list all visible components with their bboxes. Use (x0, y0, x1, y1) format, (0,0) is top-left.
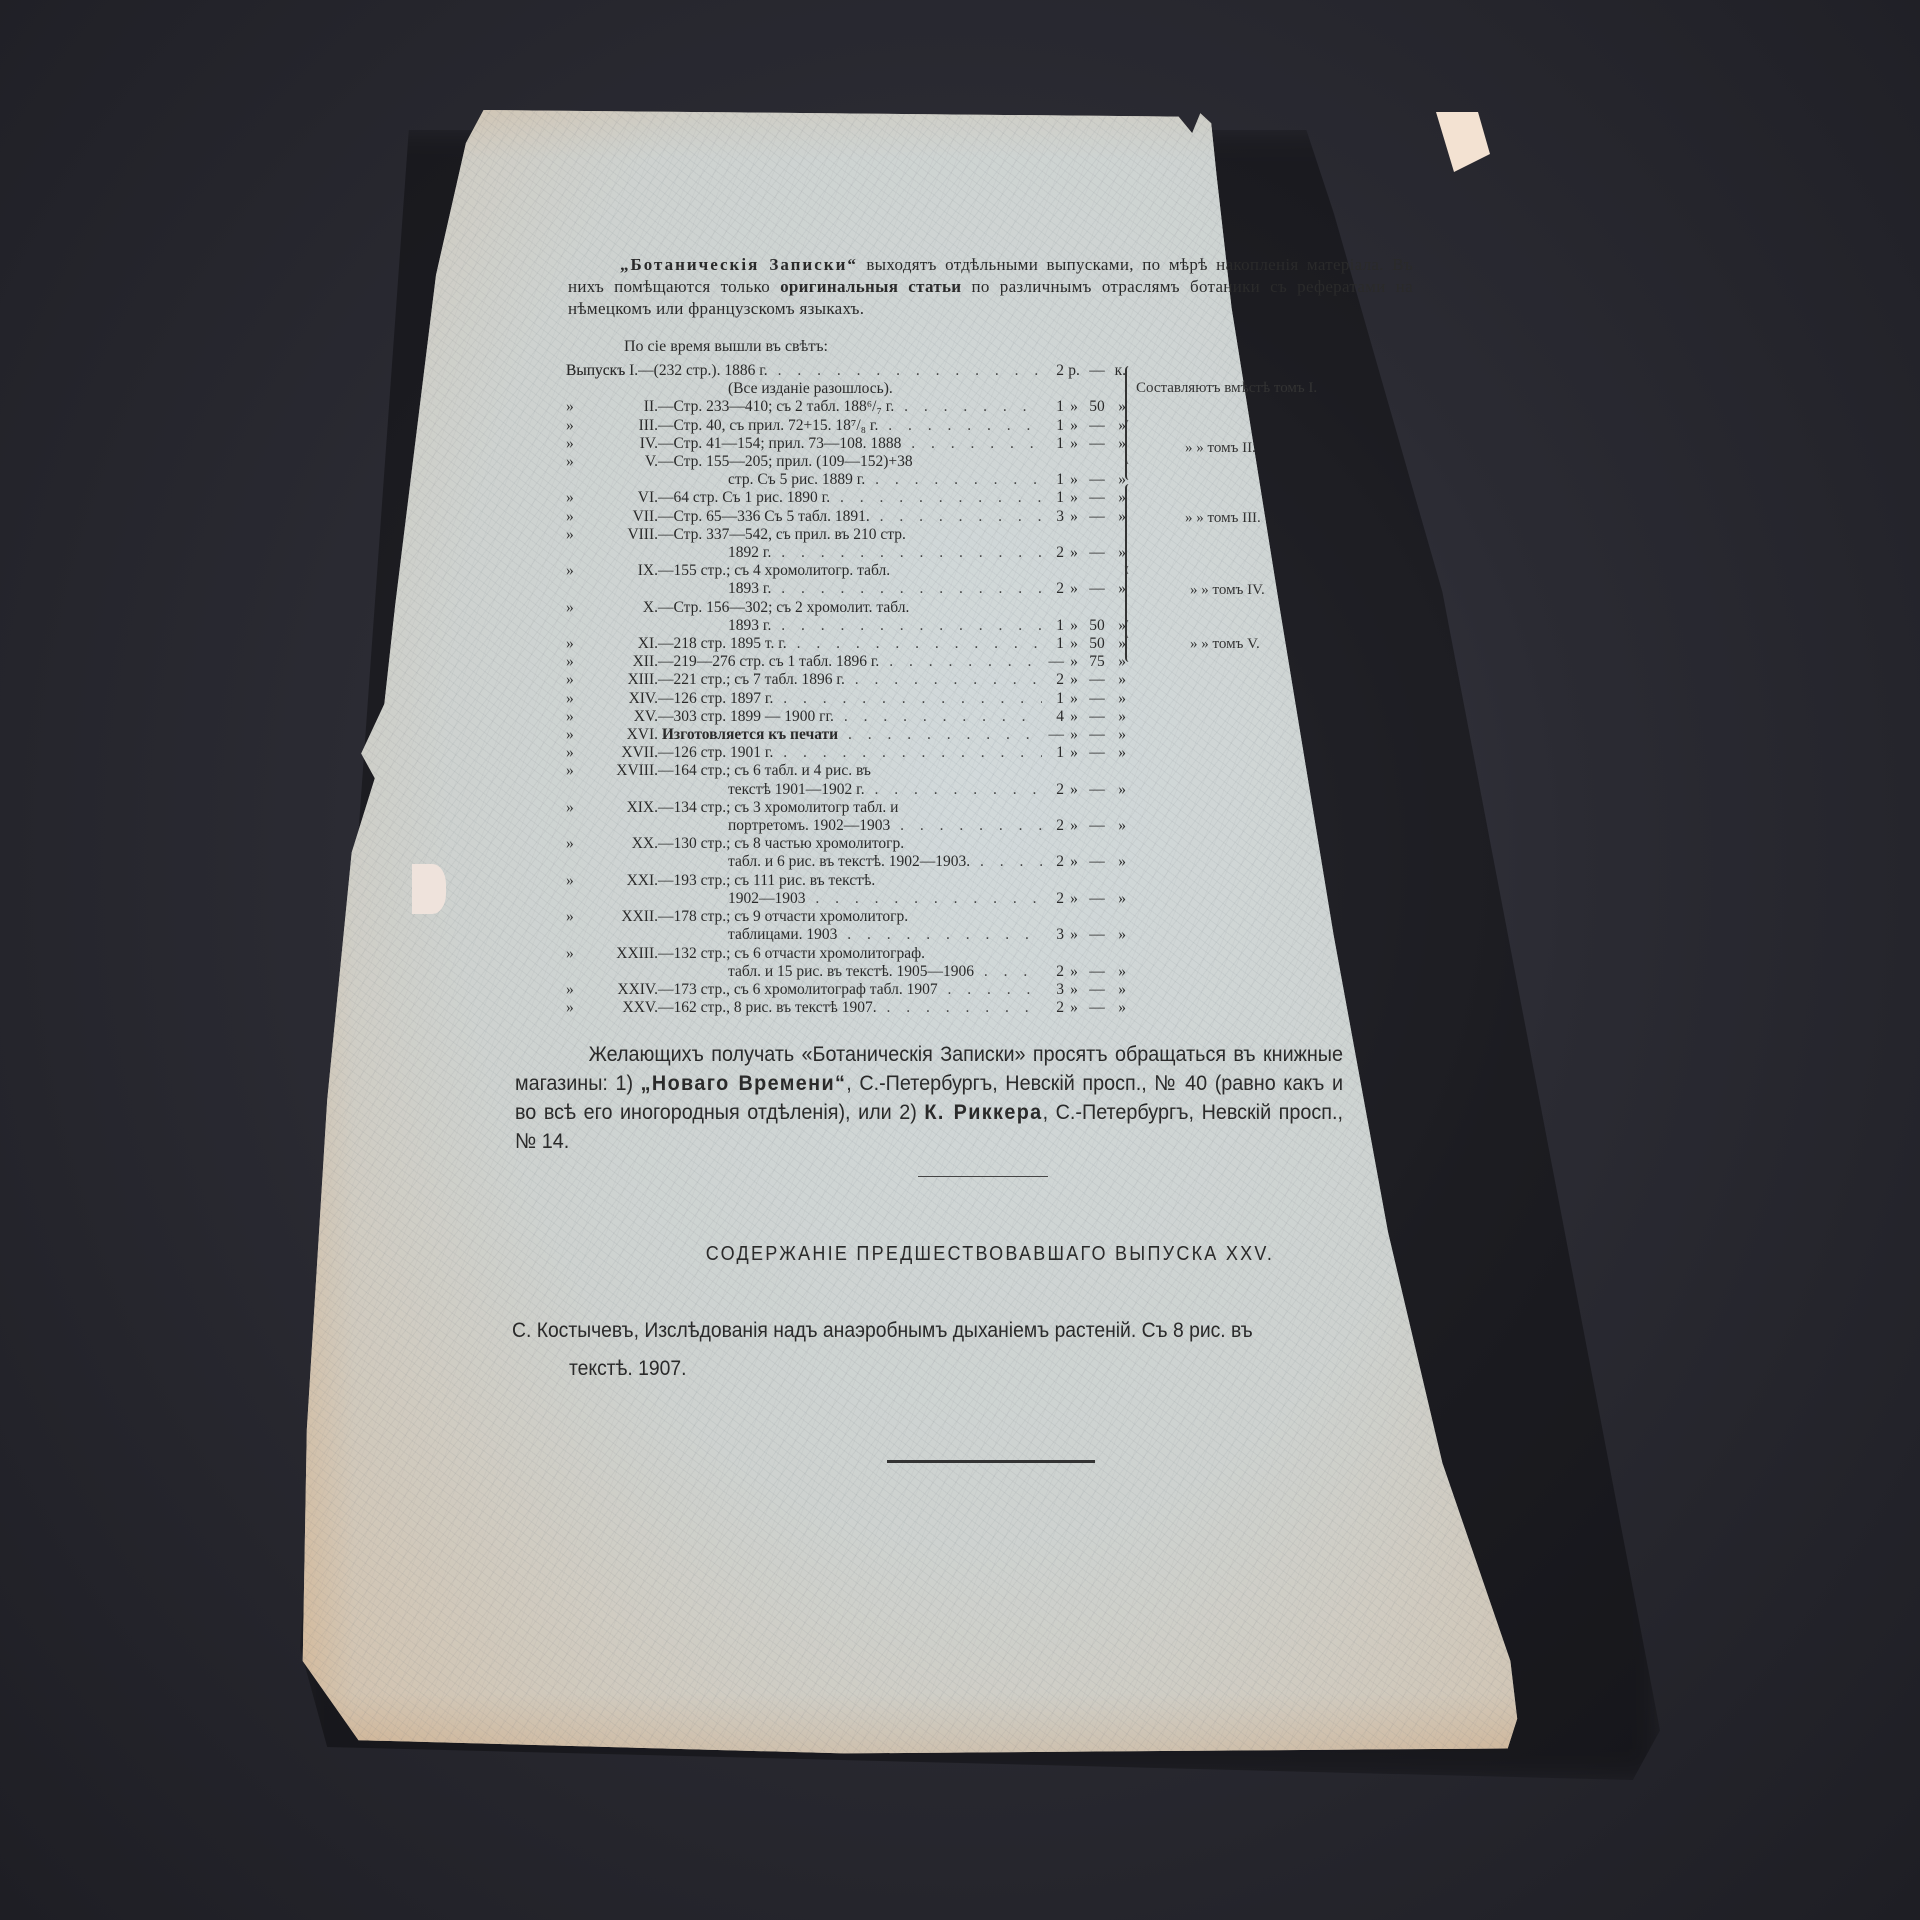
price-rubles: 1 (1042, 635, 1064, 653)
issue-description: портретомъ. 1902—1903 . . . . . . . . . … (588, 817, 1042, 835)
issue-details: 1902—1903 (728, 890, 806, 907)
ditto-mark: » (566, 744, 588, 762)
dot-leader: . . . . . . . . . . . . . . . . . . . . … (830, 489, 1042, 506)
dot-leader: . . . . . . . . . . . . . . . . . . . . … (771, 580, 1042, 597)
price-rubles: 2 (1042, 890, 1064, 908)
unit-rubles: » (1064, 508, 1084, 526)
issue-description: Выпускъ I.—(232 стр.). 1886 г. . . . . .… (566, 362, 1042, 380)
issue-row: »X.—Стр. 156—302; съ 2 хромолит. табл. (566, 599, 1126, 617)
unit-kopecks: » (1110, 508, 1126, 526)
issue-number: XXIII. (588, 945, 658, 963)
ditto-mark: » (566, 981, 588, 999)
issue-row: »XXV.—162 стр., 8 рис. въ текстѣ 1907. .… (566, 999, 1126, 1017)
unit-rubles: » (1064, 617, 1084, 635)
issue-description: 1893 г. . . . . . . . . . . . . . . . . … (588, 617, 1042, 635)
issue-number: XXIV. (588, 981, 658, 999)
previous-entry-line-2: текстѣ. 1907. (512, 1350, 1395, 1388)
price-rubles: 1 (1042, 489, 1064, 507)
issue-details: —Стр. 40, съ прил. 72+15. 18⁷/₈ г. (658, 417, 878, 434)
issue-row: »XXII.—178 стр.; съ 9 отчасти хромолитог… (566, 908, 1126, 926)
unit-kopecks: » (1110, 744, 1126, 762)
issue-description: 1902—1903 . . . . . . . . . . . . . . . … (588, 890, 1042, 908)
unit-kopecks: » (1110, 544, 1126, 562)
unit-rubles: » (1064, 398, 1084, 416)
unit-rubles: » (1064, 963, 1084, 981)
ditto-mark: » (566, 726, 588, 744)
issue-details: текстѣ 1901—1902 г. (728, 781, 865, 798)
issue-details: —Стр. 233—410; съ 2 табл. 188⁶/₇ г. (658, 398, 894, 415)
price-rubles: 2 (1042, 580, 1064, 598)
ditto-mark: » (566, 908, 588, 926)
issue-description: XV.—303 стр. 1899 — 1900 гг. . . . . . .… (588, 708, 1042, 726)
issue-number: XIX. (588, 799, 658, 817)
issue-row: стр. Съ 5 рис. 1889 г. . . . . . . . . .… (566, 471, 1126, 489)
ordering-info: Желающихъ получать «Ботаническія Записки… (515, 1040, 1343, 1156)
issue-details: —Стр. 156—302; съ 2 хромолит. табл. (658, 599, 909, 616)
ditto-mark: » (566, 835, 588, 853)
ditto-mark: » (566, 762, 588, 780)
journal-title: „Ботаническія Записки“ (620, 255, 858, 274)
unit-kopecks: » (1110, 471, 1126, 489)
issue-row: »XI.—218 стр. 1895 т. г. . . . . . . . .… (566, 635, 1126, 653)
volume-label-3: » » томъ III. (1185, 510, 1261, 527)
issue-row: 1892 г. . . . . . . . . . . . . . . . . … (566, 544, 1126, 562)
divider-long (887, 1460, 1095, 1463)
price-rubles: 2 (1042, 853, 1064, 871)
ditto-mark: » (566, 653, 588, 671)
issue-details: —134 стр.; съ 3 хромолитогр табл. и (658, 799, 898, 816)
issue-description: IX.—155 стр.; съ 4 хромолитогр. табл. (588, 562, 1042, 580)
issue-description: VII.—Стр. 65—336 Съ 5 табл. 1891. . . . … (588, 508, 1042, 526)
price-kopecks: — (1084, 853, 1110, 871)
price-kopecks: — (1084, 781, 1110, 799)
price-rubles: 4 (1042, 708, 1064, 726)
issue-description: V.—Стр. 155—205; прил. (109—152)+38 (588, 453, 1042, 471)
issue-details: —132 стр.; съ 6 отчасти хромолитограф. (658, 945, 925, 962)
issue-details: —Стр. 41—154; прил. 73—108. 1888 (658, 435, 901, 452)
dot-leader: . . . . . . . . . . . . . . . . . . . . … (838, 726, 1042, 743)
unit-kopecks: » (1110, 853, 1126, 871)
price-kopecks: — (1084, 744, 1110, 762)
issue-details: 1892 г. (728, 544, 771, 561)
unit-kopecks: » (1110, 671, 1126, 689)
issue-description: VIII.—Стр. 337—542, съ прил. въ 210 стр. (588, 526, 1042, 544)
unit-kopecks: » (1110, 398, 1126, 416)
price-rubles: 2 (1042, 999, 1064, 1017)
price-kopecks: — (1084, 417, 1110, 435)
issue-row: »XIII.—221 стр.; съ 7 табл. 1896 г. . . … (566, 671, 1126, 689)
issue-description: 1893 г. . . . . . . . . . . . . . . . . … (588, 580, 1042, 598)
issue-row: 1893 г. . . . . . . . . . . . . . . . . … (566, 617, 1126, 635)
ditto-mark: » (566, 453, 588, 471)
price-kopecks: — (1084, 508, 1110, 526)
issue-row: »XIX.—134 стр.; съ 3 хромолитогр табл. и (566, 799, 1126, 817)
price-rubles: 2 (1042, 963, 1064, 981)
price-rubles: 1 (1042, 417, 1064, 435)
unit-rubles: » (1064, 708, 1084, 726)
price-rubles: 1 (1042, 435, 1064, 453)
issue-description: XXI.—193 стр.; съ 111 рис. въ текстѣ. (588, 872, 1042, 890)
issue-row: табл. и 6 рис. въ текстѣ. 1902—1903. . .… (566, 853, 1126, 871)
issue-number: I. (629, 362, 638, 380)
unit-kopecks: » (1110, 981, 1126, 999)
issue-row: »VII.—Стр. 65—336 Съ 5 табл. 1891. . . .… (566, 508, 1126, 526)
issue-number: XV. (588, 708, 658, 726)
issue-details: 1893 г. (728, 617, 771, 634)
dot-leader: . . . . . . . . . . . . . . . . . . . . … (834, 708, 1042, 725)
issue-details: —178 стр.; съ 9 отчасти хромолитогр. (658, 908, 908, 925)
issue-details: —126 стр. 1897 г. (658, 690, 773, 707)
ditto-mark: » (566, 489, 588, 507)
unit-rubles: » (1064, 489, 1084, 507)
issue-row: »VI.—64 стр. Съ 1 рис. 1890 г. . . . . .… (566, 489, 1126, 507)
price-kopecks: — (1084, 817, 1110, 835)
unit-kopecks: » (1110, 817, 1126, 835)
issue-row: »XVI. Изготовляется къ печати . . . . . … (566, 726, 1126, 744)
ditto-mark: » (566, 999, 588, 1017)
ditto-mark: » (566, 526, 588, 544)
issue-number: III. (588, 417, 658, 435)
issue-number: VII. (588, 508, 658, 526)
issue-number: XXII. (588, 908, 658, 926)
issue-details: стр. Съ 5 рис. 1889 г. (728, 471, 865, 488)
issue-details: таблицами. 1903 (728, 926, 837, 943)
issue-number: XX. (588, 835, 658, 853)
issue-row: »XVII.—126 стр. 1901 г. . . . . . . . . … (566, 744, 1126, 762)
volume-label-5: » » томъ V. (1190, 636, 1260, 653)
price-kopecks: 50 (1084, 617, 1110, 635)
intro-paragraph: „Ботаническія Записки“ выходятъ отдѣльны… (568, 254, 1413, 320)
dot-leader: . . . . . . . . . . . . . . . . . . . . … (970, 853, 1042, 870)
unit-kopecks: » (1110, 890, 1126, 908)
price-rubles: 3 (1042, 981, 1064, 999)
ditto-mark: » (566, 435, 588, 453)
issue-details: портретомъ. 1902—1903 (728, 817, 890, 834)
issue-row: »XXIII.—132 стр.; съ 6 отчасти хромолито… (566, 945, 1126, 963)
volume-label-2: » » томъ II. (1185, 440, 1256, 457)
issue-row: »XXI.—193 стр.; съ 111 рис. въ текстѣ. (566, 872, 1126, 890)
issue-description: VI.—64 стр. Съ 1 рис. 1890 г. . . . . . … (588, 489, 1042, 507)
issue-details: —Стр. 337—542, съ прил. въ 210 стр. (658, 526, 906, 543)
dot-leader: . . . . . . . . . . . . . . . . . . . . … (771, 617, 1042, 634)
previous-entry-line-1: С. Костычевъ, Изслѣдованія надъ анаэробн… (512, 1312, 1395, 1350)
unit-kopecks: » (1110, 489, 1126, 507)
price-kopecks: — (1084, 963, 1110, 981)
issue-description: XVIII.—164 стр.; съ 6 табл. и 4 рис. въ (588, 762, 1042, 780)
issue-number: XVI. (588, 726, 658, 744)
unit-rubles: » (1064, 726, 1084, 744)
price-rubles: 2 (1042, 781, 1064, 799)
issue-number: XVII. (588, 744, 658, 762)
dot-leader: . . . . . . . . . . . . . . . . . . . . … (894, 398, 1042, 415)
issue-description: стр. Съ 5 рис. 1889 г. . . . . . . . . .… (588, 471, 1042, 489)
unit-rubles: » (1064, 580, 1084, 598)
issue-details: —64 стр. Съ 1 рис. 1890 г. (658, 489, 830, 506)
dot-leader: . . . . . . . . . . . . . . . . . . . . … (773, 690, 1042, 707)
issue-description: XX.—130 стр.; съ 8 частью хромолитогр. (588, 835, 1042, 853)
price-rubles: 2 (1042, 544, 1064, 562)
issue-description: текстѣ 1901—1902 г. . . . . . . . . . . … (588, 781, 1042, 799)
unit-rubles: » (1064, 981, 1084, 999)
dot-leader: . . . . . . . . . . . . . . . . . . . . … (901, 435, 1042, 452)
price-kopecks: 50 (1084, 398, 1110, 416)
dot-leader: . . . . . . . . . . . . . . . . . . . . … (773, 744, 1042, 761)
issue-details: Изготовляется къ печати (658, 726, 838, 743)
dot-leader: . . . . . . . . . . . . . . . . . . . . … (877, 999, 1042, 1016)
price-rubles: 1 (1042, 690, 1064, 708)
dot-leader: . . . . . . . . . . . . . . . . . . . . … (938, 981, 1042, 998)
unit-rubles: » (1064, 471, 1084, 489)
unit-rubles: » (1064, 890, 1084, 908)
issue-row: »III.—Стр. 40, съ прил. 72+15. 18⁷/₈ г. … (566, 417, 1126, 435)
volume-label-1: Составляютъ вмѣстѣ томъ I. (1136, 380, 1317, 397)
unit-kopecks: » (1110, 653, 1126, 671)
issue-details: —221 стр.; съ 7 табл. 1896 г. (658, 671, 845, 688)
issue-description: (Все изданіе разошлось). (588, 380, 1042, 398)
ditto-mark: » (566, 417, 588, 435)
unit-kopecks: » (1110, 963, 1126, 981)
unit-rubles: » (1064, 744, 1084, 762)
issue-description: XI.—218 стр. 1895 т. г. . . . . . . . . … (588, 635, 1042, 653)
ditto-mark: » (566, 690, 588, 708)
issue-row: »II.—Стр. 233—410; съ 2 табл. 188⁶/₇ г. … (566, 398, 1126, 416)
dot-leader: . . . . . . . . . . . . . . . . . . . . … (845, 671, 1042, 688)
issue-number: XXI. (588, 872, 658, 890)
issue-number: XIV. (588, 690, 658, 708)
dot-leader: . . . . . . . . . . . . . . . . . . . . … (806, 890, 1043, 907)
issue-description: табл. и 15 рис. въ текстѣ. 1905—1906 . .… (588, 963, 1042, 981)
dot-leader: . . . . . . . . . . . . . . . . . . . . … (865, 781, 1042, 798)
issue-number: IV. (588, 435, 658, 453)
issue-number: VIII. (588, 526, 658, 544)
issue-details: —Стр. 155—205; прил. (109—152)+38 (658, 453, 913, 470)
price-kopecks: 75 (1084, 653, 1110, 671)
ditto-mark: » (566, 599, 588, 617)
dot-leader: . . . . . . . . . . . . . . . . . . . . … (865, 471, 1042, 488)
dot-leader: . . . . . . . . . . . . . . . . . . . . … (837, 926, 1042, 943)
issue-row: »XII.—219—276 стр. съ 1 табл. 1896 г. . … (566, 653, 1126, 671)
previous-issue-entry: С. Костычевъ, Изслѣдованія надъ анаэробн… (512, 1312, 1395, 1388)
ditto-mark: » (566, 671, 588, 689)
unit-kopecks: » (1110, 435, 1126, 453)
issue-details: —162 стр., 8 рис. въ текстѣ 1907. (658, 999, 877, 1016)
volume-brace-3 (1125, 484, 1133, 574)
price-rubles: — (1042, 653, 1064, 671)
unit-rubles: » (1064, 435, 1084, 453)
issue-details: —193 стр.; съ 111 рис. въ текстѣ. (658, 872, 875, 889)
issue-row: »V.—Стр. 155—205; прил. (109—152)+38 (566, 453, 1126, 471)
issue-row: »XVIII.—164 стр.; съ 6 табл. и 4 рис. въ (566, 762, 1126, 780)
issue-details: —219—276 стр. съ 1 табл. 1896 г. (658, 653, 879, 670)
unit-rubles: » (1064, 999, 1084, 1017)
price-kopecks: — (1084, 489, 1110, 507)
store-1-name: „Новаго Времени“ (641, 1071, 847, 1095)
price-rubles: 3 (1042, 508, 1064, 526)
issue-description: XXIII.—132 стр.; съ 6 отчасти хромолитог… (588, 945, 1042, 963)
unit-rubles: » (1064, 781, 1084, 799)
unit-kopecks: » (1110, 708, 1126, 726)
issue-number: XII. (588, 653, 658, 671)
issue-details: табл. и 15 рис. въ текстѣ. 1905—1906 (728, 963, 974, 980)
issue-description: XXV.—162 стр., 8 рис. въ текстѣ 1907. . … (588, 999, 1042, 1017)
issue-prefix-word: Выпускъ (566, 362, 629, 379)
dot-leader: . . . . . . . . . . . . . . . . . . . . … (890, 817, 1042, 834)
issue-listing: ВыпускъВыпускъ I.—(232 стр.). 1886 г. . … (566, 362, 1126, 1017)
price-kopecks: — (1084, 544, 1110, 562)
ditto-mark: » (566, 872, 588, 890)
issue-description: III.—Стр. 40, съ прил. 72+15. 18⁷/₈ г. .… (588, 417, 1042, 435)
unit-kopecks: » (1110, 690, 1126, 708)
issue-row: ВыпускъВыпускъ I.—(232 стр.). 1886 г. . … (566, 362, 1126, 380)
issue-description: XVII.—126 стр. 1901 г. . . . . . . . . .… (588, 744, 1042, 762)
issue-number: II. (588, 398, 658, 416)
price-rubles: 2 (1042, 817, 1064, 835)
issue-row: »XXIV.—173 стр., съ 6 хромолитограф табл… (566, 981, 1126, 999)
published-so-far-label: По сіе время вышли въ свѣтъ: (624, 338, 828, 356)
dot-leader: . . . . . . . . . . . . . . . . . . . . … (787, 635, 1042, 652)
unit-kopecks: » (1110, 417, 1126, 435)
issue-number: VI. (588, 489, 658, 507)
dot-leader: . . . . . . . . . . . . . . . . . . . . … (768, 362, 1042, 379)
unit-rubles: » (1064, 635, 1084, 653)
torn-edge-notch (412, 864, 446, 914)
ditto-mark: » (566, 635, 588, 653)
price-kopecks: — (1084, 690, 1110, 708)
dot-leader: . . . . . . . . . . . . . . . . . . . . … (974, 963, 1042, 980)
price-kopecks: — (1084, 471, 1110, 489)
issue-number: X. (588, 599, 658, 617)
issue-number: IX. (588, 562, 658, 580)
issue-number: XI. (588, 635, 658, 653)
dot-leader: . . . . . . . . . . . . . . . . . . . . … (771, 544, 1042, 561)
issue-details: (Все изданіе разошлось). (728, 380, 893, 397)
unit-kopecks: к. (1110, 362, 1126, 380)
unit-kopecks: » (1110, 635, 1126, 653)
issue-details: —(232 стр.). 1886 г. (638, 362, 768, 379)
price-rubles: 1 (1042, 471, 1064, 489)
price-kopecks: — (1084, 671, 1110, 689)
price-kopecks: — (1084, 580, 1110, 598)
issue-description: таблицами. 1903 . . . . . . . . . . . . … (588, 926, 1042, 944)
issue-description: XVI. Изготовляется къ печати . . . . . .… (588, 726, 1042, 744)
divider-short (918, 1176, 1048, 1177)
issue-details: —155 стр.; съ 4 хромолитогр. табл. (658, 562, 890, 579)
issue-details: 1893 г. (728, 580, 771, 597)
ditto-mark: » (566, 708, 588, 726)
price-kopecks: — (1084, 708, 1110, 726)
issue-row: »XIV.—126 стр. 1897 г. . . . . . . . . .… (566, 690, 1126, 708)
unit-rubles: » (1064, 817, 1084, 835)
previous-issue-heading: СОДЕРЖАНІЕ ПРЕДШЕСТВОВАВШАГО ВЫПУСКА XXV… (549, 1243, 1431, 1266)
price-kopecks: — (1084, 362, 1110, 380)
unit-rubles: » (1064, 671, 1084, 689)
issue-details: —218 стр. 1895 т. г. (658, 635, 787, 652)
torn-corner (1430, 112, 1490, 172)
store-2-name: К. Риккера (924, 1100, 1042, 1124)
issue-details: —Стр. 65—336 Съ 5 табл. 1891. (658, 508, 870, 525)
unit-kopecks: » (1110, 781, 1126, 799)
issue-row: (Все изданіе разошлось). (566, 380, 1126, 398)
issue-number: XVIII. (588, 762, 658, 780)
dot-leader: . . . . . . . . . . . . . . . . . . . . … (870, 508, 1042, 525)
ditto-mark: » (566, 799, 588, 817)
volume-label-4: » » томъ IV. (1190, 582, 1265, 599)
unit-rubles: » (1064, 544, 1084, 562)
price-kopecks: 50 (1084, 635, 1110, 653)
unit-rubles: » (1064, 853, 1084, 871)
price-rubles: 2 (1042, 362, 1064, 380)
issue-description: XIV.—126 стр. 1897 г. . . . . . . . . . … (588, 690, 1042, 708)
unit-kopecks: » (1110, 580, 1126, 598)
issue-details: —126 стр. 1901 г. (658, 744, 773, 761)
issue-description: IV.—Стр. 41—154; прил. 73—108. 1888 . . … (588, 435, 1042, 453)
unit-kopecks: » (1110, 926, 1126, 944)
unit-kopecks: » (1110, 617, 1126, 635)
issue-details: —130 стр.; съ 8 частью хромолитогр. (658, 835, 904, 852)
volume-brace-2 (1125, 420, 1133, 480)
price-rubles: 1 (1042, 398, 1064, 416)
price-rubles: — (1042, 726, 1064, 744)
issue-details: табл. и 6 рис. въ текстѣ. 1902—1903. (728, 853, 970, 870)
unit-rubles: » (1064, 690, 1084, 708)
ditto-mark: » (566, 508, 588, 526)
price-rubles: 1 (1042, 744, 1064, 762)
issue-row: 1893 г. . . . . . . . . . . . . . . . . … (566, 580, 1126, 598)
issue-number: XXV. (588, 999, 658, 1017)
dot-leader: . . . . . . . . . . . . . . . . . . . . … (879, 653, 1042, 670)
issue-description: II.—Стр. 233—410; съ 2 табл. 188⁶/₇ г. .… (588, 398, 1042, 416)
issue-details: —164 стр.; съ 6 табл. и 4 рис. въ (658, 762, 871, 779)
issue-description: XIII.—221 стр.; съ 7 табл. 1896 г. . . .… (588, 671, 1042, 689)
issue-description: 1892 г. . . . . . . . . . . . . . . . . … (588, 544, 1042, 562)
issue-description: табл. и 6 рис. въ текстѣ. 1902—1903. . .… (588, 853, 1042, 871)
unit-rubles: » (1064, 417, 1084, 435)
unit-kopecks: » (1110, 999, 1126, 1017)
unit-rubles: » (1064, 653, 1084, 671)
issue-row: 1902—1903 . . . . . . . . . . . . . . . … (566, 890, 1126, 908)
issue-description: XXIV.—173 стр., съ 6 хромолитограф табл.… (588, 981, 1042, 999)
price-kopecks: — (1084, 999, 1110, 1017)
ditto-mark: » (566, 945, 588, 963)
ditto-mark: » (566, 562, 588, 580)
volume-brace-5 (1125, 620, 1133, 662)
issue-row: »IV.—Стр. 41—154; прил. 73—108. 1888 . .… (566, 435, 1126, 453)
issue-description: X.—Стр. 156—302; съ 2 хромолит. табл. (588, 599, 1042, 617)
price-rubles: 3 (1042, 926, 1064, 944)
issue-number: V. (588, 453, 658, 471)
price-rubles: 2 (1042, 671, 1064, 689)
dot-leader: . . . . . . . . . . . . . . . . . . . . … (878, 417, 1042, 434)
unit-kopecks: » (1110, 726, 1126, 744)
issue-number: XIII. (588, 671, 658, 689)
unit-rubles: р. (1064, 362, 1084, 380)
issue-description: XXII.—178 стр.; съ 9 отчасти хромолитогр… (588, 908, 1042, 926)
unit-rubles: » (1064, 926, 1084, 944)
issue-details: —303 стр. 1899 — 1900 гг. (658, 708, 834, 725)
issue-row: портретомъ. 1902—1903 . . . . . . . . . … (566, 817, 1126, 835)
issue-row: »XV.—303 стр. 1899 — 1900 гг. . . . . . … (566, 708, 1126, 726)
issue-row: »XX.—130 стр.; съ 8 частью хромолитогр. (566, 835, 1126, 853)
issue-row: »VIII.—Стр. 337—542, съ прил. въ 210 стр… (566, 526, 1126, 544)
price-kopecks: — (1084, 890, 1110, 908)
issue-details: —173 стр., съ 6 хромолитограф табл. 1907 (658, 981, 938, 998)
issue-row: »IX.—155 стр.; съ 4 хромолитогр. табл. (566, 562, 1126, 580)
price-kopecks: — (1084, 726, 1110, 744)
issue-row: таблицами. 1903 . . . . . . . . . . . . … (566, 926, 1126, 944)
price-kopecks: — (1084, 435, 1110, 453)
issue-row: текстѣ 1901—1902 г. . . . . . . . . . . … (566, 781, 1126, 799)
ditto-mark: » (566, 398, 588, 416)
